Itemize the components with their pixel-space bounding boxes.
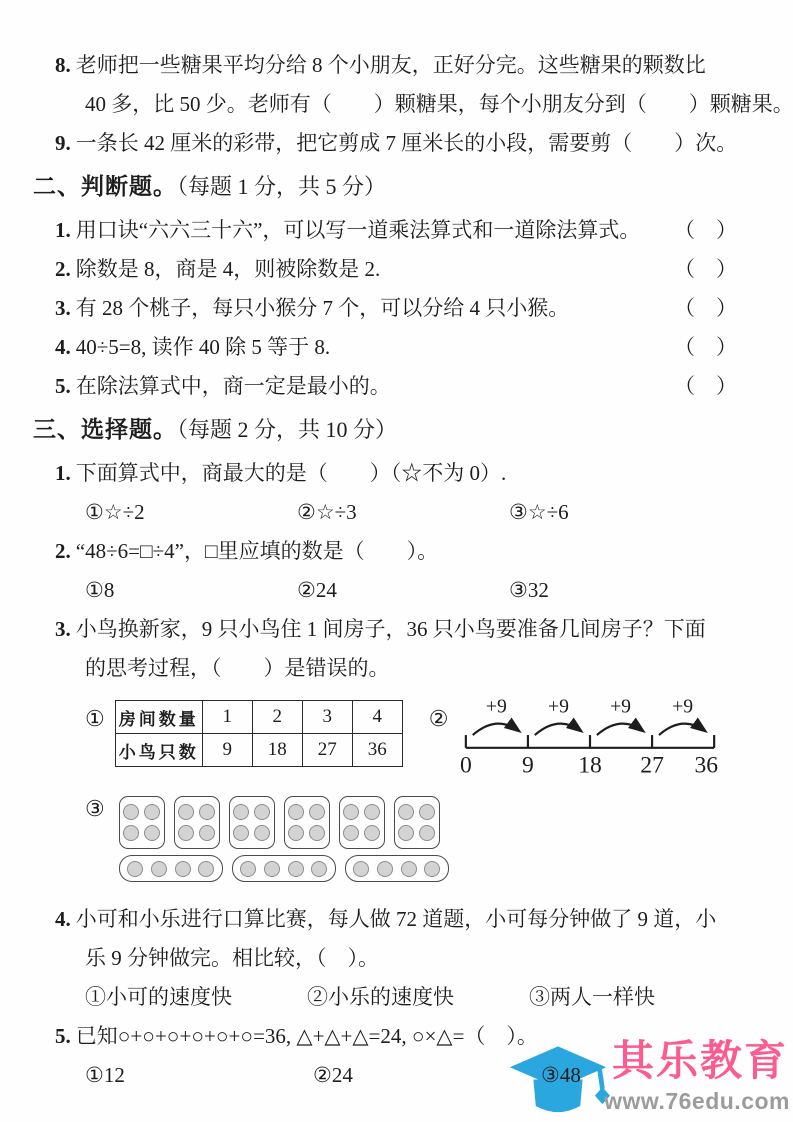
choice-4-option-3: ③两人一样快	[529, 978, 751, 1017]
dot-groups-bottom-row	[119, 855, 449, 882]
dot	[401, 861, 417, 877]
dot	[343, 804, 359, 820]
dot	[199, 804, 215, 820]
choice-2-option-2: ②24	[297, 571, 509, 610]
number-line: +9 +9 +9 +9 0 9 18 27 36	[456, 698, 724, 778]
question-8-number: 8.	[55, 53, 71, 77]
dot	[240, 861, 256, 877]
choice-3-diagram-row: ① 房间数量 1 2 3 4 小鸟只数 9 18 27 36 ②	[85, 696, 773, 782]
choice-2-option-3: ③32	[509, 571, 721, 610]
dot	[144, 825, 160, 841]
dot	[254, 825, 270, 841]
question-9-text: 一条长 42 厘米的彩带，把它剪成 7 厘米长的小段，需要剪（ ）次。	[76, 131, 738, 155]
choice-4-line-2: 乐 9 分钟做完。相比较，（ ）。	[85, 939, 773, 978]
choice-5-options: ①12 ②24 ③48	[85, 1056, 773, 1095]
choice-1-options: ①☆÷2 ②☆÷3 ③☆÷6	[85, 493, 773, 532]
choice-5-option-2: ②24	[313, 1056, 541, 1095]
judge-item-2: 2.除数是 8，商是 4，则被除数是 2.（ ）	[55, 250, 737, 289]
section-3-title: 三、选择题。	[33, 417, 177, 442]
choice-3-line-2: 的思考过程，（ ）是错误的。	[85, 649, 773, 688]
question-8-line-1: 8.老师把一些糖果平均分给 8 个小朋友，正好分完。这些糖果的颗数比	[55, 46, 773, 85]
choice-2-options: ①8 ②24 ③32	[85, 571, 773, 610]
diagram-2-label: ②	[429, 706, 449, 732]
choice-5-option-1: ①12	[85, 1056, 313, 1095]
section-2-heading: 二、判断题。（每题 1 分，共 5 分）	[33, 163, 773, 211]
table-cell: 3	[302, 701, 352, 734]
judge-3-answer-paren: （ ）	[674, 289, 737, 328]
table-cell: 9	[202, 734, 252, 767]
dot	[123, 804, 139, 820]
choice-1-option-2: ②☆÷3	[297, 493, 509, 532]
dot	[198, 861, 214, 877]
paper-content: 8.老师把一些糖果平均分给 8 个小朋友，正好分完。这些糖果的颗数比 40 多，…	[0, 0, 773, 1095]
dot	[343, 825, 359, 841]
table-cell: 36	[352, 734, 402, 767]
dot-groups-top-row	[119, 796, 449, 849]
section-3-heading: 三、选择题。（每题 2 分，共 10 分）	[33, 406, 773, 454]
dot	[419, 825, 435, 841]
judge-5-answer-paren: （ ）	[674, 367, 737, 406]
judge-1-answer-paren: （ ）	[674, 211, 737, 250]
tick-label: 36	[695, 752, 719, 778]
tick-label: 9	[522, 752, 534, 778]
dot	[151, 861, 167, 877]
number-line-block: ② +9	[429, 696, 725, 778]
plus-label: +9	[611, 698, 632, 717]
plus-label: +9	[486, 698, 507, 717]
choice-2-option-1: ①8	[85, 571, 297, 610]
choice-5-stem: 5.已知○+○+○+○+○+○=36, △+△+△=24, ○×△=（ ）。	[55, 1017, 773, 1056]
plus-label: +9	[673, 698, 694, 717]
table-row-birds: 小鸟只数 9 18 27 36	[115, 734, 402, 767]
judge-3-text: 3.有 28 个桃子，每只小猴分 7 个，可以分给 4 只小猴。	[55, 289, 569, 328]
diagram-3-label: ③	[85, 796, 105, 822]
tick-label: 0	[460, 752, 472, 778]
table-cell: 2	[252, 701, 302, 734]
choice-4-options: ①小可的速度快 ②小乐的速度快 ③两人一样快	[85, 978, 773, 1017]
question-8-text-1: 老师把一些糖果平均分给 8 个小朋友，正好分完。这些糖果的颗数比	[76, 53, 706, 77]
dot	[233, 804, 249, 820]
question-9-number: 9.	[55, 131, 71, 155]
dot	[353, 861, 369, 877]
dot	[288, 861, 304, 877]
dot	[264, 861, 280, 877]
dot	[288, 804, 304, 820]
section-2-score-note: （每题 1 分，共 5 分）	[177, 174, 386, 199]
dot-box	[119, 855, 223, 882]
dot	[199, 825, 215, 841]
dot	[419, 804, 435, 820]
judge-2-text: 2.除数是 8，商是 4，则被除数是 2.	[55, 250, 380, 289]
dot-box	[174, 796, 220, 849]
judge-2-answer-paren: （ ）	[674, 250, 737, 289]
table-header-birds: 小鸟只数	[115, 734, 202, 767]
table-row-rooms: 房间数量 1 2 3 4	[115, 701, 402, 734]
judge-4-text: 4.40÷5=8, 读作 40 除 5 等于 8.	[55, 328, 330, 367]
choice-3-line-1: 3.小鸟换新家，9 只小鸟住 1 间房子，36 只小鸟要准备几间房子？下面	[55, 610, 773, 649]
dot	[364, 804, 380, 820]
dot	[309, 825, 325, 841]
dot	[127, 861, 143, 877]
table-cell: 4	[352, 701, 402, 734]
dot	[398, 804, 414, 820]
judge-4-answer-paren: （ ）	[674, 328, 737, 367]
table-cell: 18	[252, 734, 302, 767]
table-header-rooms: 房间数量	[115, 701, 202, 734]
test-paper-page: 其乐教育 www.76edu.com 8.老师把一些糖果平均分给 8 个小朋友，…	[0, 0, 793, 1122]
dot	[178, 825, 194, 841]
dot	[144, 804, 160, 820]
judge-5-text: 5.在除法算式中，商一定是最小的。	[55, 367, 391, 406]
choice-2-stem: 2.“48÷6=□÷4”，□里应填的数是（ ）。	[55, 532, 773, 571]
judge-1-text: 1.用口诀“六六三十六”，可以写一道乘法算式和一道除法算式。	[55, 211, 640, 250]
choice-1-option-3: ③☆÷6	[509, 493, 721, 532]
dot	[364, 825, 380, 841]
dot	[309, 804, 325, 820]
judge-item-5: 5.在除法算式中，商一定是最小的。（ ）	[55, 367, 737, 406]
dot	[233, 825, 249, 841]
birds-table: 房间数量 1 2 3 4 小鸟只数 9 18 27 36	[115, 700, 403, 767]
section-3-score-note: （每题 2 分，共 10 分）	[177, 417, 397, 442]
dot	[288, 825, 304, 841]
dot	[123, 825, 139, 841]
dot	[424, 861, 440, 877]
dot-box	[229, 796, 275, 849]
judge-item-4: 4.40÷5=8, 读作 40 除 5 等于 8.（ ）	[55, 328, 737, 367]
table-cell: 27	[302, 734, 352, 767]
tick-label: 18	[579, 752, 603, 778]
dot-box	[339, 796, 385, 849]
choice-5-option-3: ③48	[541, 1056, 769, 1095]
dot	[254, 804, 270, 820]
question-9-line: 9.一条长 42 厘米的彩带，把它剪成 7 厘米长的小段，需要剪（ ）次。	[55, 124, 773, 163]
choice-1-option-1: ①☆÷2	[85, 493, 297, 532]
dot	[398, 825, 414, 841]
tick-label: 27	[641, 752, 665, 778]
plus-label: +9	[548, 698, 569, 717]
dot-box	[119, 796, 165, 849]
dot	[377, 861, 393, 877]
dot-box	[394, 796, 440, 849]
choice-1-stem: 1.下面算式中，商最大的是（ ）（☆不为 0）.	[55, 454, 773, 493]
dot	[311, 861, 327, 877]
judge-item-3: 3.有 28 个桃子，每只小猴分 7 个，可以分给 4 只小猴。（ ）	[55, 289, 737, 328]
table-cell: 1	[202, 701, 252, 734]
section-2-title: 二、判断题。	[33, 174, 177, 199]
choice-4-option-1: ①小可的速度快	[85, 978, 307, 1017]
dot-groups	[119, 796, 449, 882]
choice-3-dots-diagram: ③	[85, 796, 773, 892]
dot	[178, 804, 194, 820]
question-8-line-2: 40 多，比 50 少。老师有（ ）颗糖果，每个小朋友分到（ ）颗糖果。	[85, 85, 773, 124]
dot-box	[284, 796, 330, 849]
dot	[175, 861, 191, 877]
choice-4-line-1: 4.小可和小乐进行口算比赛，每人做 72 道题，小可每分钟做了 9 道，小	[55, 900, 773, 939]
choice-4-option-2: ②小乐的速度快	[307, 978, 529, 1017]
diagram-1-label: ①	[85, 706, 105, 732]
judge-item-1: 1.用口诀“六六三十六”，可以写一道乘法算式和一道除法算式。（ ）	[55, 211, 737, 250]
dot-box	[345, 855, 449, 882]
dot-box	[232, 855, 336, 882]
